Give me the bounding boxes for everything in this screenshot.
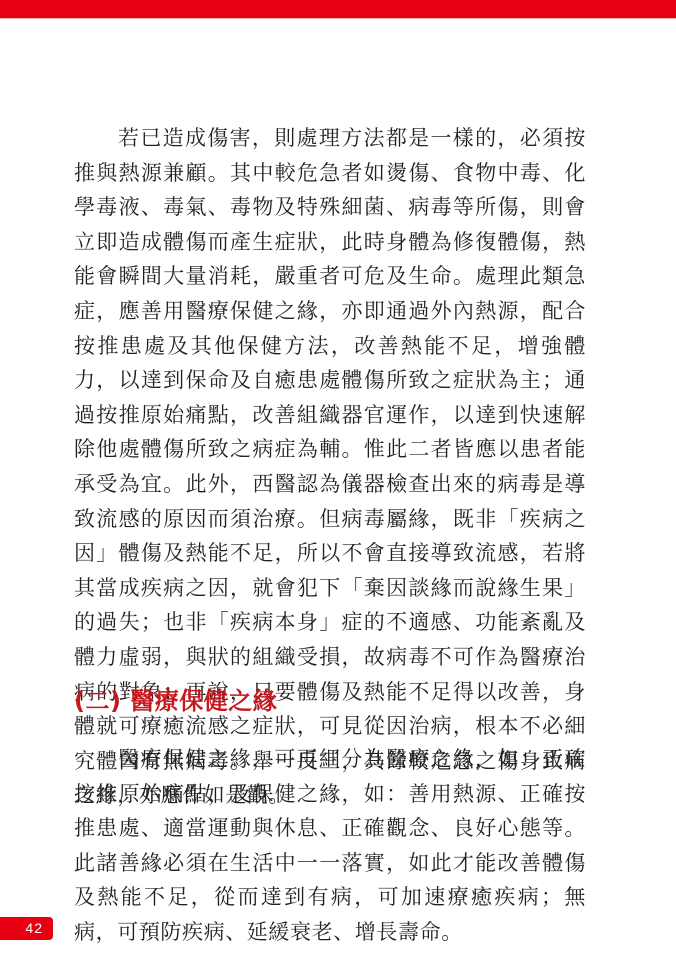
body-paragraph-2: 醫療保健之緣，可再細分為醫療之緣，如：正確按推原始痛點，及保健之緣，如：善用熱源… xyxy=(74,742,586,950)
section-heading: (二) 醫療保健之緣 xyxy=(74,683,277,719)
page-number-badge: 42 xyxy=(0,917,53,940)
second-text-block: 醫療保健之緣，可再細分為醫療之緣，如：正確按推原始痛點，及保健之緣，如：善用熱源… xyxy=(74,742,586,950)
top-header-bar xyxy=(0,0,676,19)
